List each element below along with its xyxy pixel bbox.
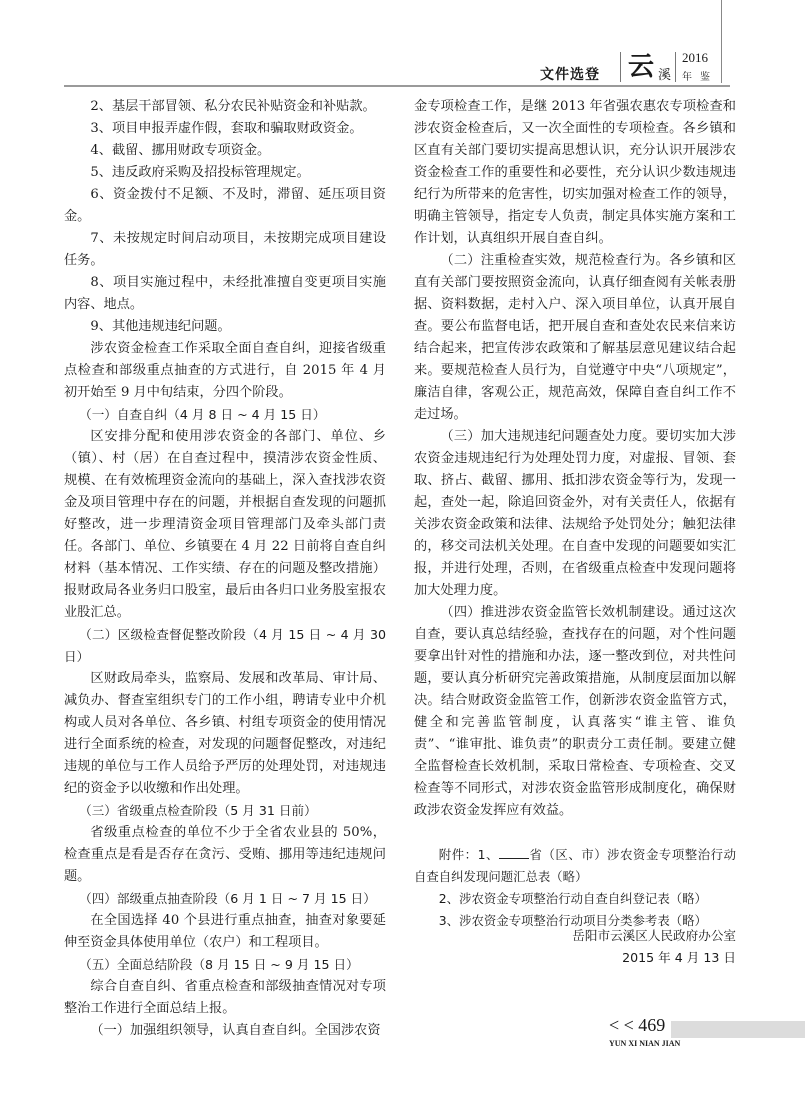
issuing-org: 岳阳市云溪区人民政府办公室 <box>540 925 736 947</box>
right-column: 金专项检查工作，是继 2013 年省强农惠农专项检查和涉农资金检查后，又一次全面… <box>414 96 736 932</box>
header-vertical-rule <box>721 0 722 83</box>
yearbook-year: 2016 <box>682 50 708 66</box>
paragraph: 在全国选择 40 个县进行重点抽查，抽查对象要延伸至资金具体使用单位（农户）和工… <box>64 910 386 954</box>
blank-underline <box>499 846 529 859</box>
stage-heading: （二）区级检查督促整改阶段（4 月 15 日 ~ 4 月 30 日） <box>64 624 386 668</box>
paragraph: 省级重点检查的单位不少于全省农业县的 50%，检查重点是看是否存在贪污、受贿、挪… <box>64 822 386 888</box>
paragraph: 区财政局牵头，监察局、发展和改革局、审计局、减负办、督查室组织专门的工作小组，聘… <box>64 668 386 800</box>
paragraph: 区安排分配和使用涉农资金的各部门、单位、乡（镇）、村（居）在自查过程中，摸清涉农… <box>64 426 386 624</box>
header-divider <box>620 52 621 82</box>
attachment-1: 附件：1、省（区、市）涉农资金专项整治行动自查自纠发现问题汇总表（略） <box>414 844 736 888</box>
signature-block: 岳阳市云溪区人民政府办公室 2015 年 4 月 13 日 <box>540 925 736 969</box>
list-item: 5、违反政府采购及招投标管理规定。 <box>64 162 386 184</box>
page-number: < < 469 <box>609 1015 665 1036</box>
paragraph: （三）加大违规违纪问题查处力度。要切实加大涉农资金违规违纪行为处理处罚力度，对虚… <box>414 426 736 602</box>
header-rule <box>64 85 730 87</box>
footer-subtitle: YUN XI NIAN JIAN <box>609 1039 680 1048</box>
issue-date: 2015 年 4 月 13 日 <box>540 947 736 969</box>
section-title: 文件选登 <box>540 64 600 84</box>
left-column: 2、基层干部冒领、私分农民补贴资金和补贴款。 3、项目申报弄虚作假，套取和骗取财… <box>64 96 386 1042</box>
list-item: 7、未按规定时间启动项目，未按期完成项目建设任务。 <box>64 228 386 272</box>
attachment-2: 2、涉农资金专项整治行动自查自纠登记表（略） <box>414 888 736 910</box>
stage-heading: （五）全面总结阶段（8 月 15 日 ~ 9 月 15 日） <box>64 954 386 976</box>
stage-heading: （一）自查自纠（4 月 8 日 ~ 4 月 15 日） <box>64 404 386 426</box>
footer-bar <box>671 1021 805 1038</box>
paragraph: （四）推进涉农资金监管长效机制建设。通过这次自查，要认真总结经验，查找存在的问题… <box>414 602 736 822</box>
paragraph: 涉农资金检查工作采取全面自查自纠，迎接省级重点检查和部级重点抽查的方式进行，自 … <box>64 338 386 404</box>
logo-yun: 云 <box>628 54 654 80</box>
yearbook-label: 年鉴 <box>682 68 718 83</box>
list-item: 3、项目申报弄虚作假，套取和骗取财政资金。 <box>64 118 386 140</box>
paragraph: 综合自查自纠、省重点检查和部级抽查情况对专项整治工作进行全面总结上报。 <box>64 976 386 1020</box>
paragraph: （二）注重检查实效，规范检查行为。各乡镇和区直有关部门要按照资金流向，认真仔细查… <box>414 250 736 426</box>
paragraph: （一）加强组织领导，认真自查自纠。全国涉农资 <box>64 1020 386 1042</box>
list-item: 2、基层干部冒领、私分农民补贴资金和补贴款。 <box>64 96 386 118</box>
list-item: 8、项目实施过程中，未经批准擅自变更项目实施内容、地点。 <box>64 272 386 316</box>
attachment-prefix: 附件：1、 <box>439 847 499 862</box>
logo-xi: 溪 <box>658 64 671 83</box>
header-divider <box>675 52 676 82</box>
list-item: 4、截留、挪用财政专项资金。 <box>64 140 386 162</box>
stage-heading: （三）省级重点检查阶段（5 月 31 日前） <box>64 800 386 822</box>
stage-heading: （四）部级重点抽查阶段（6 月 1 日 ~ 7 月 15 日） <box>64 888 386 910</box>
paragraph: 金专项检查工作，是继 2013 年省强农惠农专项检查和涉农资金检查后，又一次全面… <box>414 96 736 250</box>
list-item: 9、其他违规违纪问题。 <box>64 316 386 338</box>
list-item: 6、资金拨付不足额、不及时，滞留、延压项目资金。 <box>64 184 386 228</box>
